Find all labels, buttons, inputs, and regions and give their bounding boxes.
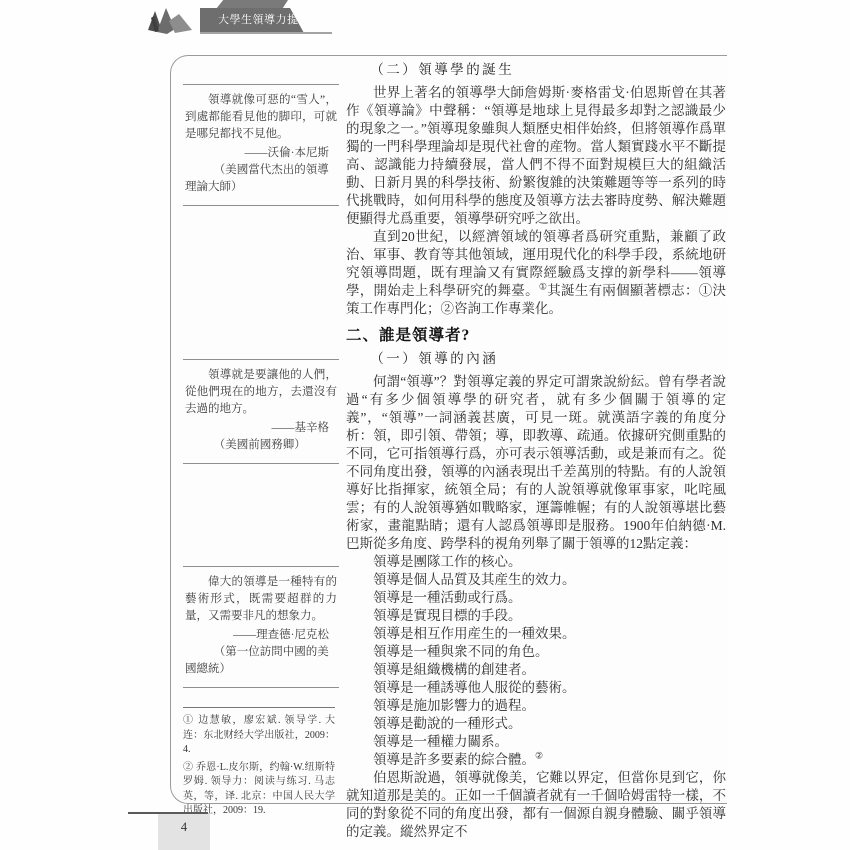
definition-item: 領導是許多要素的綜合體。② [346, 751, 726, 769]
quote-attribution: （美國前國務卿） [185, 437, 337, 454]
main-text-column: （二）領導學的誕生 世界上著名的領導學大師詹姆斯·麥格雷戈·伯恩斯曾在其著作《領… [346, 61, 726, 841]
footnotes: ① 边慧敏，廖宏斌. 领导学. 大连：东北财经大学出版社，2009：4. ② 乔… [183, 707, 335, 822]
definition-item: 領導是一種權力關系。 [346, 733, 726, 751]
paragraph: 何謂“領導”？對領導定義的界定可謂衆說紛紜。曾有學者說過“有多少個領導學的研究者… [346, 373, 726, 553]
chapter-banner: 大學生領導力提升 [200, 8, 304, 33]
quote-author: ——沃倫·本尼斯 [185, 145, 329, 162]
paragraph: 直到20世紀，以經濟領域的領導者爲研究重點，兼顧了政治、軍事、教育等其他領域，運… [346, 228, 726, 318]
publisher-logo-icon [146, 6, 196, 36]
quote-author: ——理查德·尼克松 [185, 627, 329, 644]
subsection-heading: （一）領導的內涵 [346, 350, 726, 368]
definition-item: 領導是實現目標的手段。 [346, 607, 726, 625]
section-heading: 二、誰是領導者? [346, 327, 726, 345]
definition-item: 領導是勸說的一種形式。 [346, 715, 726, 733]
subsection-heading: （二）領導學的誕生 [346, 61, 726, 79]
footnote: ① 边慧敏，廖宏斌. 领导学. 大连：东北财经大学出版社，2009：4. [183, 714, 335, 758]
definition-item: 領導是相互作用産生的一種效果。 [346, 625, 726, 643]
definition-item: 領導是團隊工作的核心。 [346, 553, 726, 571]
sidebar-quote: 領導就像可惡的“雪人”，到處都能看見他的脚印，可就是哪兒都找不見他。 ——沃倫·… [183, 84, 339, 206]
paragraph: 世界上著名的領導學大師詹姆斯·麥格雷戈·伯恩斯曾在其著作《領導論》中聲稱：“領導… [346, 84, 726, 228]
footnote-ref: ② [535, 751, 543, 761]
page-number-value: 4 [181, 820, 187, 834]
footnote-ref: ① [539, 282, 547, 292]
quote-author: ——基辛格 [185, 420, 329, 437]
definition-item: 領導是一種與衆不同的角色。 [346, 643, 726, 661]
footnote: ② 乔恩·L.皮尔斯，约翰·W.纽斯特罗姆. 领导力：阅读与练习. 马志英，等，… [183, 761, 335, 819]
definition-item: 領導是施加影響力的過程。 [346, 697, 726, 715]
sidebar-quote: 領導就是要讓他的人們，從他們現在的地方，去還沒有去過的地方。 ——基辛格 （美國… [183, 359, 339, 464]
quote-attribution: （第一位訪問中國的美國總統） [185, 644, 337, 678]
definition-item: 領導是一種活動或行爲。 [346, 589, 726, 607]
quote-attribution: （美國當代杰出的領導理論大師） [185, 162, 337, 196]
quote-text: 領導就是要讓他的人們，從他們現在的地方，去還沒有去過的地方。 [185, 367, 337, 418]
page-number: 4 [158, 814, 210, 850]
banner-fold [216, 0, 288, 9]
sidebar-quote: 偉大的領導是一種特有的藝術形式，既需要超群的力量，又需要非凡的想象力。 ——理查… [183, 566, 339, 688]
definition-item: 領導是組織機構的創建者。 [346, 661, 726, 679]
quote-text: 偉大的領導是一種特有的藝術形式，既需要超群的力量，又需要非凡的想象力。 [185, 574, 337, 625]
definition-item: 領導是個人品質及其産生的效力。 [346, 571, 726, 589]
paragraph: 伯恩斯說過，領導就像美，它難以界定，但當你見到它，你就知道那是美的。正如一千個讀… [346, 769, 726, 841]
content-frame: 領導就像可惡的“雪人”，到處都能看見他的脚印，可就是哪兒都找不見他。 ——沃倫·… [170, 55, 727, 804]
definition-item: 領導是一種誘導他人服從的藝術。 [346, 679, 726, 697]
quote-text: 領導就像可惡的“雪人”，到處都能看見他的脚印，可就是哪兒都找不見他。 [185, 92, 337, 143]
definition-text: 領導是許多要素的綜合體。 [373, 752, 535, 767]
banner-underline [200, 32, 332, 34]
